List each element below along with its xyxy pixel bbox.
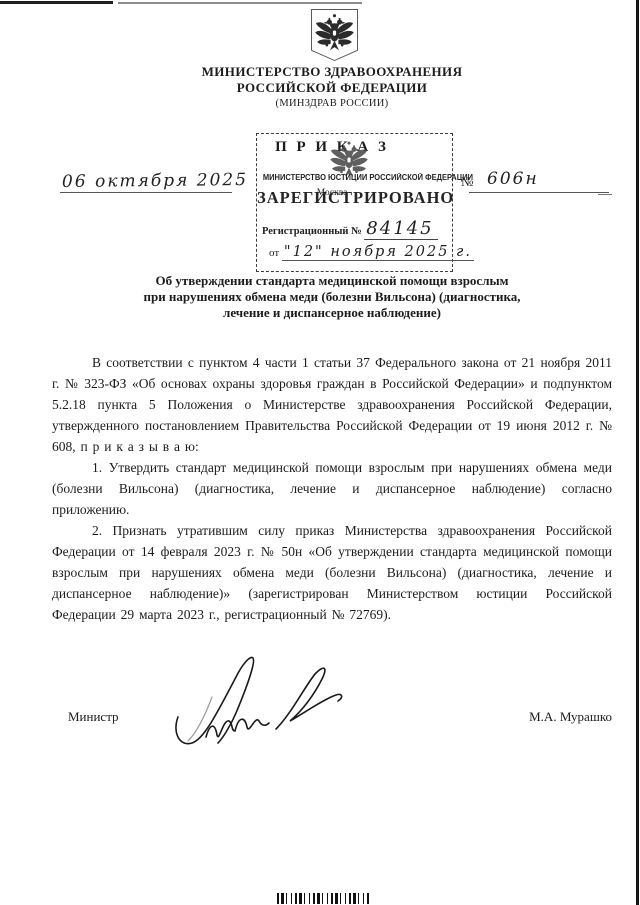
stamp-date-prefix: от (269, 247, 279, 259)
stamp-reg-number-handwritten: 84145 (364, 218, 437, 240)
order-number-handwritten: 606н (487, 169, 539, 189)
barcode (277, 893, 369, 904)
scan-artifact-top-line-2 (118, 2, 362, 4)
body-paragraph-item2: 2. Признать утратившим силу приказ Минис… (52, 520, 612, 625)
number-underline-2 (598, 194, 612, 195)
stamp-registration-date-line: от "12" ноября 2025 г. (269, 244, 474, 260)
signer-position: Министр (68, 709, 119, 725)
ministry-name-line2: РОССИЙСКОЙ ФЕДЕРАЦИИ (52, 80, 612, 96)
order-title-line3: лечение и диспансерное наблюдение) (52, 305, 612, 321)
order-date-handwritten: 06 октября 2025 (62, 170, 248, 192)
scan-artifact-top-line (0, 1, 113, 4)
order-title-line1: Об утверждении стандарта медицинской пом… (52, 273, 612, 289)
scan-artifact-right-edge (636, 0, 639, 905)
signature-row: Министр М.А. Мурашко (68, 709, 612, 725)
order-title: Об утверждении стандарта медицинской пом… (52, 273, 612, 321)
body-paragraph-intro: В соответствии с пунктом 4 части 1 стать… (52, 352, 612, 457)
ministry-of-justice-registration-stamp: МИНИСТЕРСТВО ЮСТИЦИИ РОССИЙСКОЙ ФЕДЕРАЦИ… (256, 133, 453, 272)
stamp-reg-number-label: Регистрационный № (262, 226, 362, 237)
date-underline (60, 192, 232, 193)
signer-name: М.А. Мурашко (529, 709, 612, 725)
ministry-short-name: (МИНЗДРАВ РОССИИ) (52, 98, 612, 109)
russia-coat-of-arms-icon (311, 9, 358, 61)
body-paragraph-item1: 1. Утвердить стандарт медицинской помощи… (52, 457, 612, 520)
stamp-registration-number-line: Регистрационный № 84145 (262, 218, 438, 239)
ministry-name-line1: МИНИСТЕРСТВО ЗДРАВООХРАНЕНИЯ (52, 64, 612, 80)
stamp-authority-line: МИНИСТЕРСТВО ЮСТИЦИИ РОССИЙСКОЙ ФЕДЕРАЦИ… (263, 173, 446, 182)
document-page: МИНИСТЕРСТВО ЗДРАВООХРАНЕНИЯ РОССИЙСКОЙ … (0, 0, 640, 905)
stamp-date-handwritten: "12" ноября 2025 г. (282, 244, 474, 261)
order-body: В соответствии с пунктом 4 части 1 стать… (52, 352, 612, 625)
order-title-line2: при нарушениях обмена меди (болезни Виль… (52, 289, 612, 305)
stamp-registered-label: ЗАРЕГИСТРИРОВАНО (257, 188, 452, 208)
number-underline (469, 192, 609, 193)
